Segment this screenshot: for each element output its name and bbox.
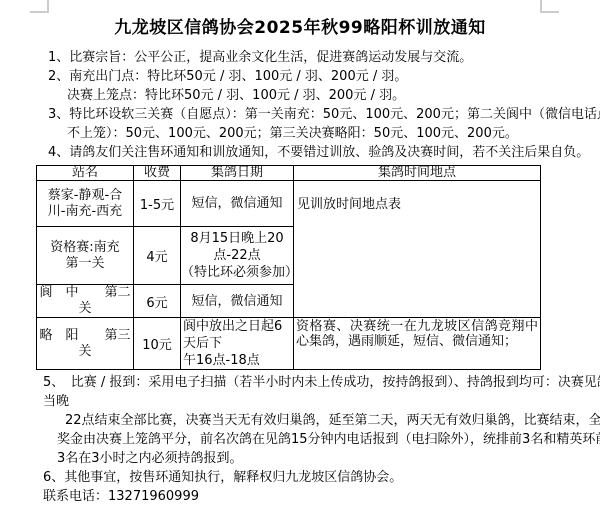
- date-line-1: 8月15日晚上20点-22点: [181, 230, 293, 264]
- section-6-other: 6、其他事宜，按售环通知执行，解释权归九龙坡区信鸽协会。: [43, 468, 545, 487]
- col-header-date: 集鸽日期: [181, 166, 294, 181]
- contact-phone: 联系电话：13271960999: [43, 487, 545, 506]
- document-page: 九龙坡区信鸽协会2025年秋99略阳杯训放通知 1、比赛宗旨：公平公正，提高业余…: [0, 0, 600, 532]
- numbered-sections: 1、比赛宗旨：公平公正，提高业余文化生活，促进赛鸽运动发展与交流。 2、南充出门…: [43, 48, 545, 162]
- col-header-station: 站名: [37, 166, 134, 181]
- col-header-location: 集鸽时间地点: [294, 166, 541, 181]
- cell-location-final: 资格赛、决赛统一在九龙坡区信鸽竞翔中心集鸽，遇雨顺延，短信、微信通知；: [294, 318, 541, 370]
- cell-station: 阆 中 第二关: [37, 285, 134, 318]
- cell-station: 资格赛:南充 第一关: [37, 227, 134, 285]
- section-5-line2: 当晚: [43, 392, 545, 411]
- closing-sections: 5、 比赛 / 报到：采用电子扫描（若半小时内未上传成功，按持鸽报到）、持鸽报到…: [43, 373, 545, 506]
- cell-location-merged: 见训放时间地点表: [294, 181, 541, 318]
- section-1-purpose: 1、比赛宗旨：公平公正，提高业余文化生活，促进赛鸽运动发展与交流。: [43, 48, 545, 67]
- date-line-2: 午16点-18点: [183, 352, 293, 369]
- cell-station: 略 阳 第三关: [37, 318, 134, 370]
- page-corner-mark-left: [30, 0, 49, 13]
- cell-fee: 6元: [134, 285, 181, 318]
- section-2-line1: 2、南充出门点：特比环50元 / 羽、100元 / 羽、200元 / 羽。: [43, 67, 545, 86]
- section-5-line4: 奖金由决赛上笼鸽平分，前名次鸽在见鸽15分钟内电话报到（电扫除外），统排前3名和…: [43, 430, 545, 449]
- cell-fee: 4元: [134, 227, 181, 285]
- cell-fee: 10元: [134, 318, 181, 370]
- section-3-line1: 3、特比环设软三关赛（自愿点）：第一关南充：50元、100元、200元；第二关阆…: [43, 105, 545, 124]
- date-line-1: 阆中放出之日起6天后下: [183, 318, 293, 352]
- document-body: 1、比赛宗旨：公平公正，提高业余文化生活，促进赛鸽运动发展与交流。 2、南充出门…: [0, 48, 600, 506]
- section-5-line5: 3名在3小时之内必须持鸽报到。: [43, 449, 545, 468]
- section-5-line3: 22点结束全部比赛，决赛当天无有效归巢鸽，延至第二天，两天无有效归巢鸽，比赛结束…: [43, 411, 545, 430]
- col-header-fee: 收费: [134, 166, 181, 181]
- page-corner-mark-right: [540, 0, 559, 13]
- cell-date: 8月15日晚上20点-22点 （特比环必须参加）: [181, 227, 294, 285]
- table-row-lueyang: 略 阳 第三关 10元 阆中放出之日起6天后下 午16点-18点 资格赛、决赛统…: [37, 318, 541, 370]
- date-line-2: （特比环必须参加）: [181, 264, 293, 281]
- page-title: 九龙坡区信鸽协会2025年秋99略阳杯训放通知: [0, 13, 600, 38]
- cell-date: 阆中放出之日起6天后下 午16点-18点: [181, 318, 294, 370]
- table-header-row: 站名 收费 集鸽日期 集鸽时间地点: [37, 166, 541, 181]
- section-2-line2: 决赛上笼点：特比环50元 / 羽、100元 / 羽、200元 / 羽。: [43, 86, 545, 105]
- section-4-reminder: 4、请鸽友们关注售环通知和训放通知，不要错过训放、验鸽及决赛时间，若不关注后果自…: [43, 143, 545, 162]
- cell-date: 短信，微信通知: [181, 181, 294, 227]
- section-3-line2: 不上笼）：50元、100元、200元；第三关决赛略阳：50元、100元、200元…: [43, 124, 545, 143]
- cell-fee: 1-5元: [134, 181, 181, 227]
- section-5-line1: 5、 比赛 / 报到：采用电子扫描（若半小时内未上传成功，按持鸽报到）、持鸽报到…: [43, 373, 545, 392]
- table-row-training-stations: 蔡家-静观-合川-南充-西充 1-5元 短信，微信通知 见训放时间地点表: [37, 181, 541, 227]
- cell-station: 蔡家-静观-合川-南充-西充: [37, 181, 134, 227]
- cell-date: 短信，微信通知: [181, 285, 294, 318]
- collection-schedule-table: 站名 收费 集鸽日期 集鸽时间地点 蔡家-静观-合川-南充-西充 1-5元 短信…: [36, 165, 541, 370]
